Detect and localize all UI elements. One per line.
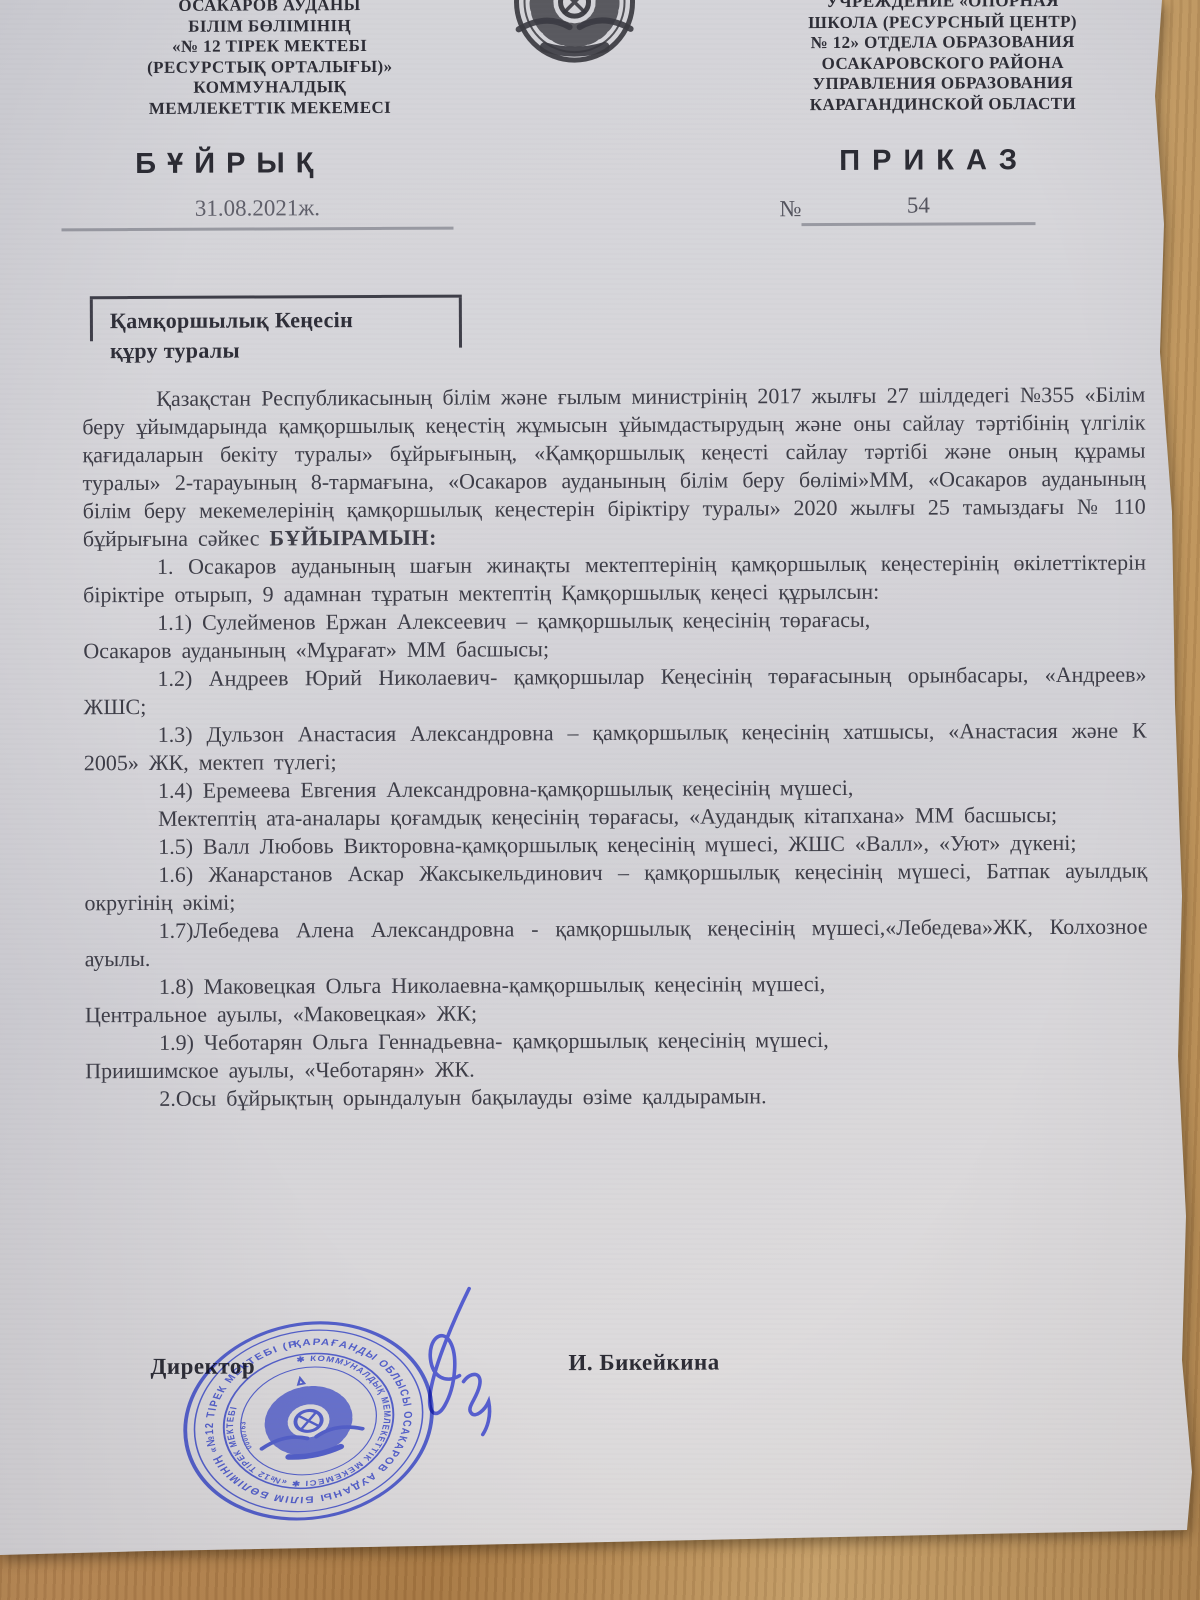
signatory-name: И. Бикейкина xyxy=(568,1349,719,1376)
order-paragraph: 1. Осакаров ауданының шағын жинақты мект… xyxy=(83,549,1146,610)
letterhead-line: УЧРЕЖДЕНИЕ «ОПОРНАЯ xyxy=(724,0,1160,13)
order-paragraph: 1.7)Лебедева Алена Александровна - қамқо… xyxy=(85,913,1148,974)
order-paragraph: Осакаров ауданының «Мұрағат» ММ басшысы; xyxy=(83,633,1146,666)
letterhead-line: УПРАВЛЕНИЯ ОБРАЗОВАНИЯ xyxy=(725,73,1161,95)
order-paragraph: Центральное ауылы, «Маковецкая» ЖК; xyxy=(85,997,1148,1030)
letterhead-line: «№ 12 ТІРЕК МЕКТЕБІ xyxy=(71,36,469,58)
stamp-inner-text: ✱ КОММУНАЛДЫҚ МЕМЛЕКЕТТІК МЕКЕМЕСІ ✱ «№1… xyxy=(212,1339,405,1502)
letterhead-line: БІЛІМ БӨЛІМІНІҢ xyxy=(71,15,469,37)
order-paragraph: 1.9) Чеботарян Ольга Геннадьевна- қамқор… xyxy=(85,1025,1148,1058)
order-paragraph: 1.5) Валл Любовь Викторовна-қамқоршылық … xyxy=(84,829,1147,862)
order-title-russian: ПРИКАЗ xyxy=(839,144,1029,178)
order-number: 54 xyxy=(907,193,930,218)
order-number-line: № 54 xyxy=(779,192,1035,226)
subject-box: Қамқоршылық Кеңесін құру туралы xyxy=(90,295,462,367)
letterhead-line: КАРАГАНДИНСКОЙ ОБЛАСТИ xyxy=(725,93,1161,115)
letterhead-line: ОСАКАРОВ АУДАНЫ xyxy=(70,0,468,17)
order-date-line: 31.08.2021ж. xyxy=(61,195,453,232)
letterhead-line: ШКОЛА (РЕСУРСНЫЙ ЦЕНТР) xyxy=(725,11,1161,33)
number-sign: № xyxy=(779,196,801,226)
letterhead-line: МЕМЛЕКЕТТІК МЕКЕМЕСІ xyxy=(71,97,469,119)
order-date: 31.08.2021ж. xyxy=(195,195,320,221)
letterhead-line: КОММУНАЛДЫҚ xyxy=(71,77,469,99)
document-photo: ОСАКАРОВ АУДАНЫБІЛІМ БӨЛІМІНІҢ«№ 12 ТІРЕ… xyxy=(0,0,1200,1600)
order-paragraph: Приишимское ауылы, «Чеботарян» ЖК. xyxy=(85,1053,1148,1086)
order-number-underline: 54 xyxy=(801,192,1035,226)
paper-shadow: ОСАКАРОВ АУДАНЫБІЛІМ БӨЛІМІНІҢ«№ 12 ТІРЕ… xyxy=(0,0,1200,1600)
order-paragraph: 1.3) Дульзон Анастасия Александровна – қ… xyxy=(84,717,1147,778)
order-paragraph: 1.2) Андреев Юрий Николаевич- қамқоршыла… xyxy=(83,661,1146,722)
letterhead-line: (РЕСУРСТЫҚ ОРТАЛЫҒЫ)» xyxy=(71,56,469,78)
subject-line-2: құру туралы xyxy=(110,335,462,367)
order-paragraph: Мектептің ата-аналары қоғамдық кеңесінің… xyxy=(84,801,1147,834)
kazakhstan-state-emblem-icon xyxy=(494,0,654,80)
letterhead-line: ОСАКАРОВСКОГО РАЙОНА xyxy=(725,52,1161,74)
preamble-text: Қазақстан Республикасының білім және ғыл… xyxy=(82,382,1145,552)
stamp-outer-text: ҚАРАҒАНДЫ ОБЛЫСЫ ОСАКАРОВ АУДАНЫ БІЛІМ Б… xyxy=(189,1320,427,1522)
order-paragraph: 1.1) Сулейменов Ержан Алексеевич – қамқо… xyxy=(83,605,1146,638)
signatory-role: Директор xyxy=(150,1354,255,1380)
order-paragraph: 1.4) Еремеева Евгения Александровна-қамқ… xyxy=(84,773,1147,806)
order-paragraph: 2.Осы бұйрықтың орындалуын бақылауды өзі… xyxy=(85,1081,1148,1114)
letterhead-kazakh: ОСАКАРОВ АУДАНЫБІЛІМ БӨЛІМІНІҢ«№ 12 ТІРЕ… xyxy=(70,0,469,119)
resolve-word: БҰЙЫРАМЫН: xyxy=(269,525,437,551)
letterhead-russian: УЧРЕЖДЕНИЕ «ОПОРНАЯШКОЛА (РЕСУРСНЫЙ ЦЕНТ… xyxy=(724,0,1161,115)
official-stamp: ҚАРАҒАНДЫ ОБЛЫСЫ ОСАКАРОВ АУДАНЫ БІЛІМ Б… xyxy=(159,1294,458,1547)
letterhead-line: № 12» ОТДЕЛА ОБРАЗОВАНИЯ xyxy=(725,32,1161,54)
svg-text:✱ КОММУНАЛДЫҚ МЕМЛЕКЕТТІК МЕКЕ: ✱ КОММУНАЛДЫҚ МЕМЛЕКЕТТІК МЕКЕМЕСІ ✱ «№1… xyxy=(212,1339,405,1502)
stamp-serial-number: 0000763 xyxy=(238,1420,254,1451)
paper-sheet: ОСАКАРОВ АУДАНЫБІЛІМ БӨЛІМІНІҢ«№ 12 ТІРЕ… xyxy=(0,0,1200,1600)
order-items: 1. Осакаров ауданының шағын жинақты мект… xyxy=(83,549,1148,1114)
order-title-kazakh: БҰЙРЫҚ xyxy=(135,147,324,181)
svg-text:ҚАРАҒАНДЫ ОБЛЫСЫ ОСАКАРОВ АУДА: ҚАРАҒАНДЫ ОБЛЫСЫ ОСАКАРОВ АУДАНЫ БІЛІМ Б… xyxy=(189,1320,427,1522)
order-body: Қазақстан Республикасының білім және ғыл… xyxy=(82,381,1148,1114)
order-paragraph: 1.6) Жанарстанов Аскар Жаксыкельдинович … xyxy=(84,857,1147,918)
svg-text:0000763: 0000763 xyxy=(238,1420,254,1451)
preamble-paragraph: Қазақстан Республикасының білім және ғыл… xyxy=(82,381,1146,554)
subject-line-1: Қамқоршылық Кеңесін xyxy=(110,305,462,337)
document-content: ОСАКАРОВ АУДАНЫБІЛІМ БӨЛІМІНІҢ«№ 12 ТІРЕ… xyxy=(0,0,1200,1600)
handwritten-signature xyxy=(374,1284,505,1443)
order-paragraph: 1.8) Маковецкая Ольга Николаевна-қамқорш… xyxy=(85,969,1148,1002)
